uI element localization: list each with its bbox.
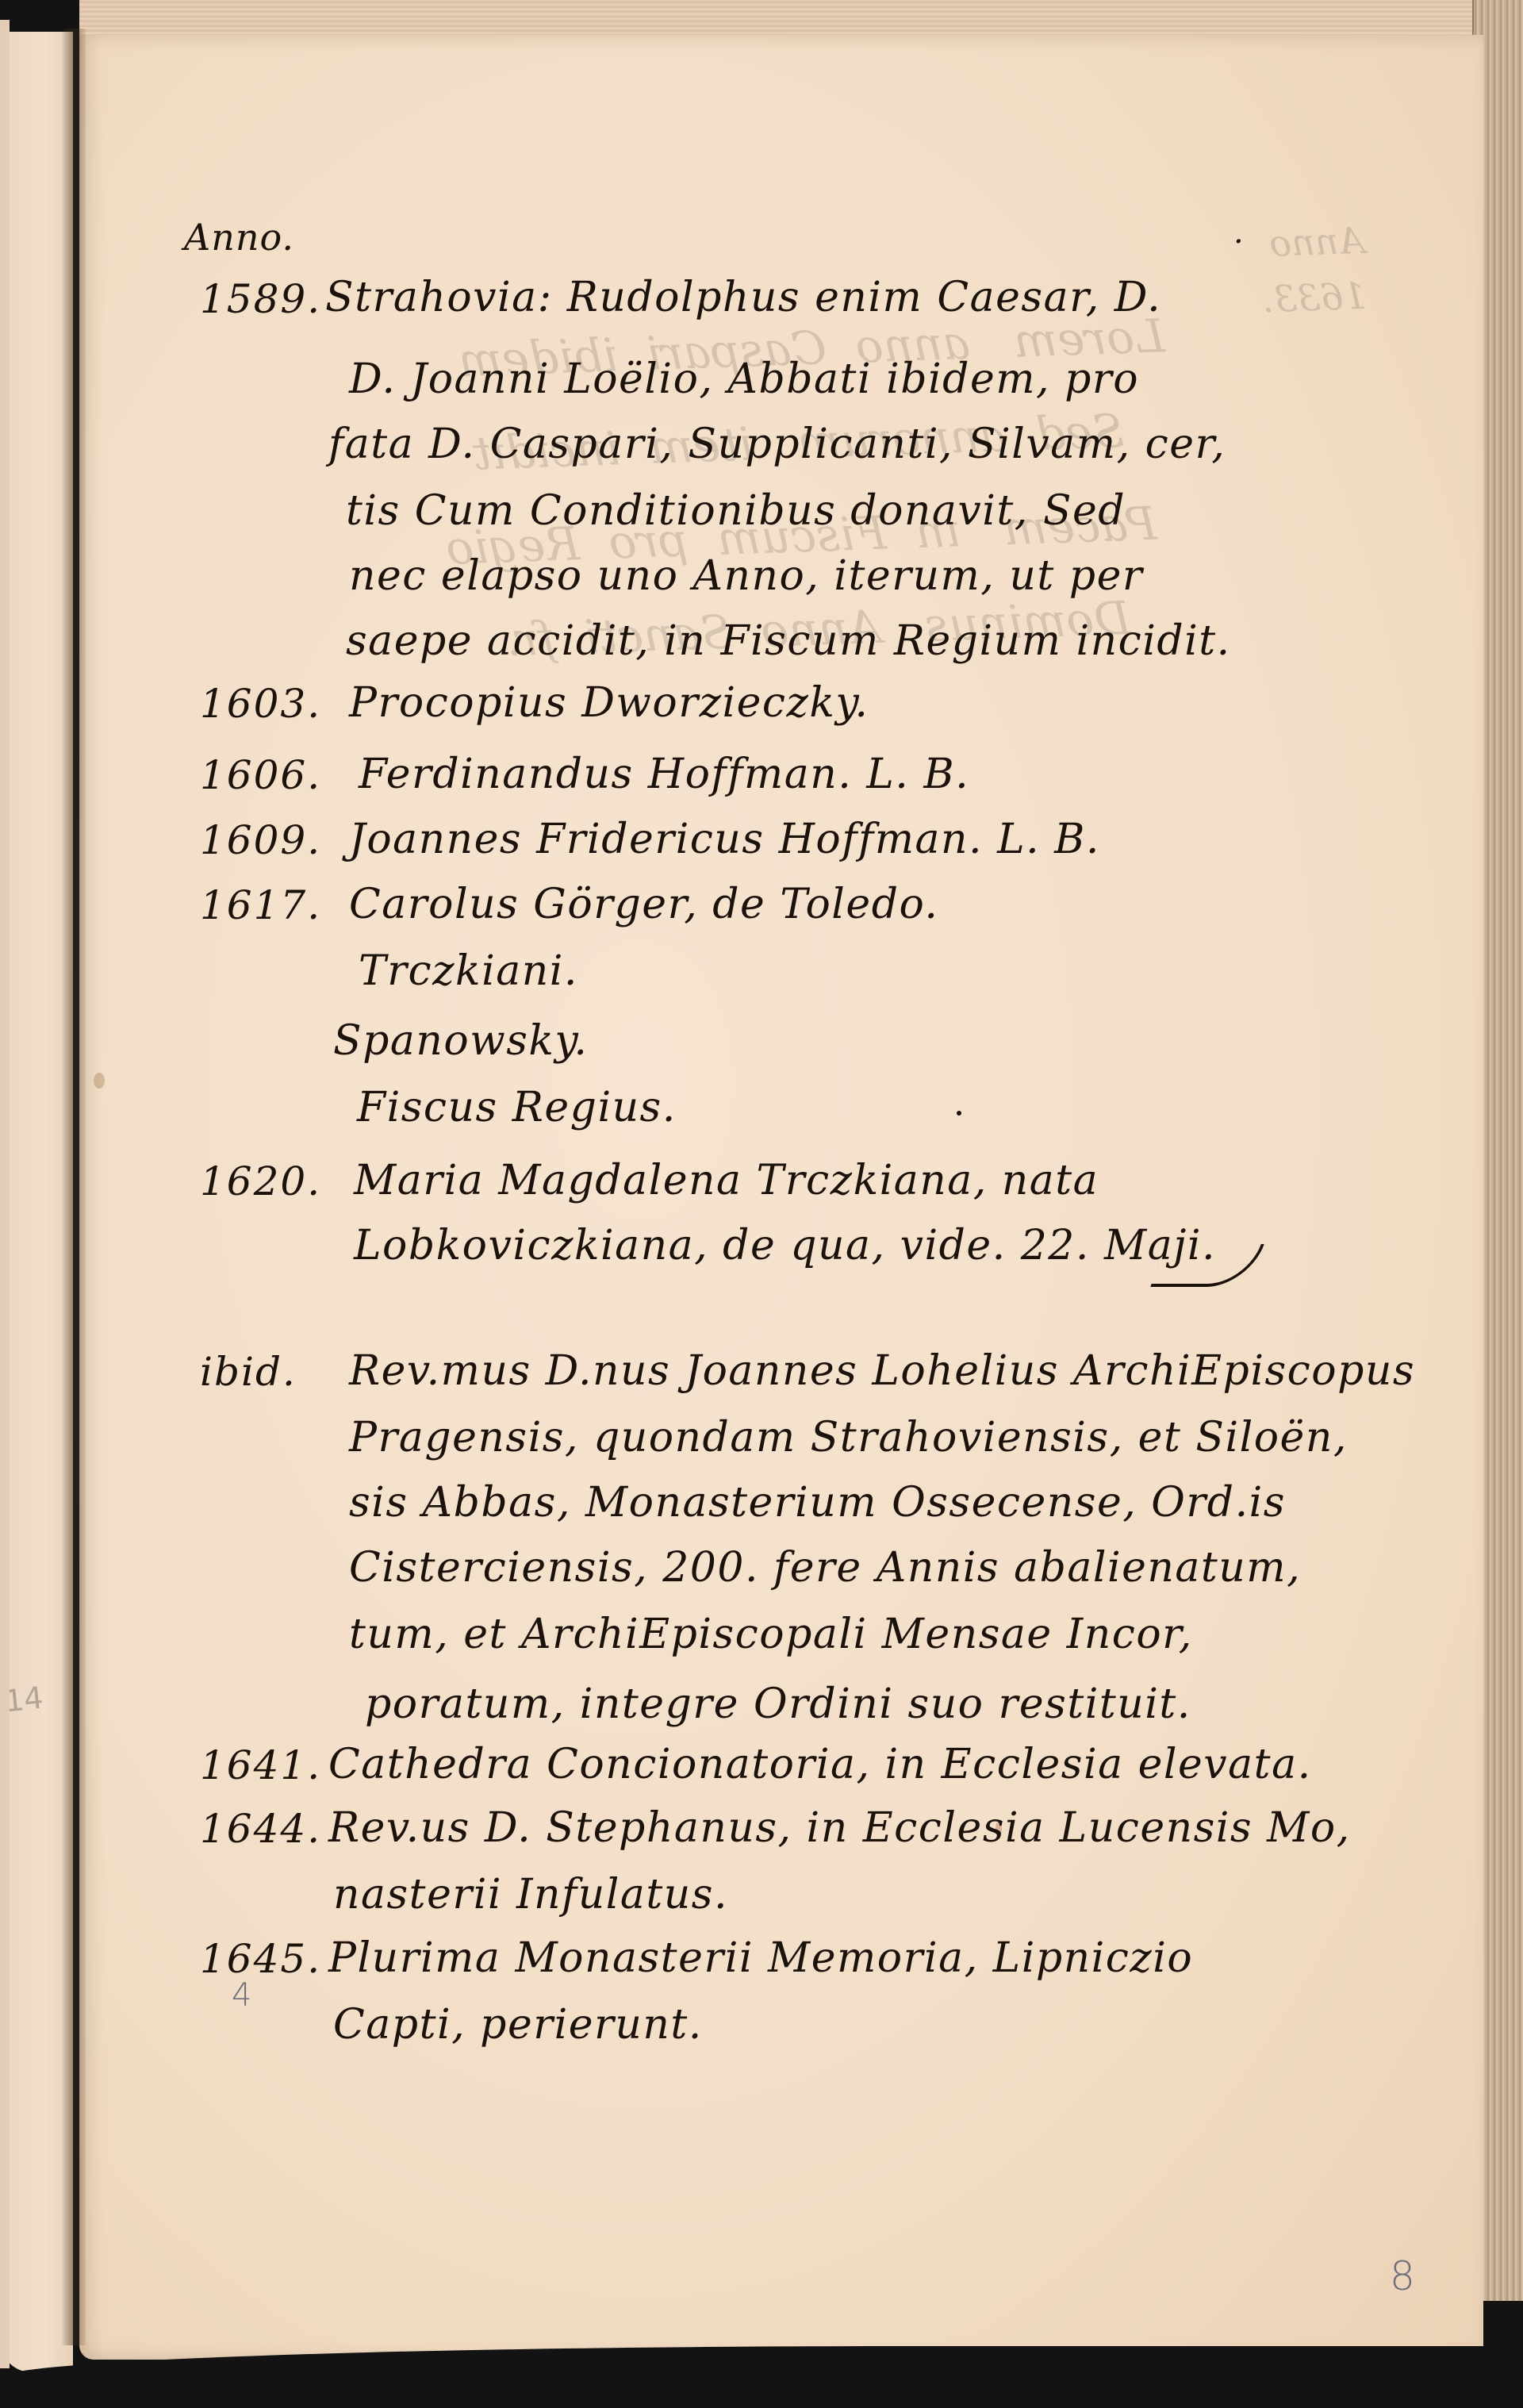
entry-line: Carolus Görger, de Toledo. xyxy=(349,881,938,928)
entry-line: Trczkiani. xyxy=(359,947,578,995)
entry-year: ibid. xyxy=(200,1349,297,1395)
entry-year: 1620. xyxy=(200,1158,321,1204)
stray-dot xyxy=(957,1111,961,1116)
page-heading: Anno. xyxy=(184,216,294,259)
entry-year: 1645. xyxy=(200,1936,321,1982)
manuscript-text: Anno. · 1589. Strahovia: Rudolphus enim … xyxy=(0,0,1523,2408)
entry-year: 1641. xyxy=(200,1742,321,1788)
entry-line: Rev.mus D.nus Joannes Lohelius ArchiEpis… xyxy=(349,1347,1415,1395)
entry-line: tis Cum Conditionibus donavit, Sed xyxy=(346,487,1126,535)
entry-line: nasterii Infulatus. xyxy=(333,1871,728,1918)
entry-line: Spanowsky. xyxy=(333,1017,588,1065)
entry-year: 1589. xyxy=(200,276,321,322)
entry-line: Pragensis, quondam Strahoviensis, et Sil… xyxy=(349,1414,1348,1461)
entry-line: D. Joanni Loëlio, Abbati ibidem, pro xyxy=(349,355,1139,403)
entry-year: 1606. xyxy=(200,752,321,798)
entry-year: 1644. xyxy=(200,1806,321,1852)
entry-line: Cathedra Concionatoria, in Ecclesia elev… xyxy=(328,1741,1312,1788)
entry-line: Cisterciensis, 200. fere Annis abalienat… xyxy=(349,1544,1301,1592)
entry-line: fata D. Caspari, Supplicanti, Silvam, ce… xyxy=(328,421,1226,468)
entry-line: sis Abbas, Monasterium Ossecense, Ord.is xyxy=(349,1479,1286,1527)
entry-line: Rev.us D. Stephanus, in Ecclesia Lucensi… xyxy=(328,1804,1351,1852)
entry-year: 1603. xyxy=(200,681,321,727)
entry-line: Strahovia: Rudolphus enim Caesar, D. xyxy=(325,274,1161,321)
entry-year: 1617. xyxy=(200,882,321,928)
entry-line: tum, et ArchiEpiscopali Mensae Incor, xyxy=(349,1611,1193,1658)
entry-year: 1609. xyxy=(200,817,321,863)
entry-line: Joannes Fridericus Hoffman. L. B. xyxy=(349,816,1100,863)
entry-line: Procopius Dworzieczky. xyxy=(349,679,869,727)
entry-line: Fiscus Regius. xyxy=(357,1084,677,1131)
entry-line: Plurima Monasterii Memoria, Lipniczio xyxy=(328,1934,1193,1982)
entry-line: Ferdinandus Hoffman. L. B. xyxy=(359,751,969,798)
entry-line: Capti, perierunt. xyxy=(333,2001,703,2049)
pen-flourish xyxy=(1150,1244,1264,1287)
entry-line: Maria Magdalena Trczkiana, nata xyxy=(354,1157,1099,1204)
page-number: 8 xyxy=(1390,2253,1415,2299)
entry-line: Lobkoviczkiana, de qua, vide. 22. Maji. xyxy=(354,1222,1216,1269)
pencil-annotation: 4 xyxy=(232,1977,251,2014)
entry-line: nec elapso uno Anno, iterum, ut per xyxy=(349,552,1143,600)
stray-dot: · xyxy=(1233,224,1244,260)
entry-line: saepe accidit, in Fiscum Regium incidit. xyxy=(346,617,1231,665)
entry-line: poratum, integre Ordini suo restituit. xyxy=(365,1680,1191,1728)
